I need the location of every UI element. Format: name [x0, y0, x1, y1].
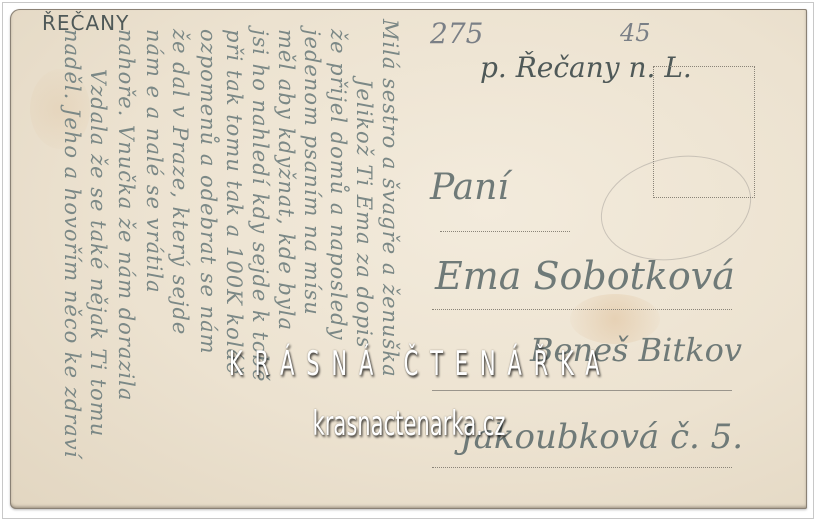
message-line: jsi ho nahledí kdy sejde k tobě: [248, 29, 272, 382]
message-line: nahoře. Vnučka že nám dorazila: [114, 29, 138, 401]
message-line: naděl. Jeho a hovořím něco ke zdraví: [60, 29, 84, 458]
message-line: Jelikož Ti Ema za dopis: [352, 79, 376, 349]
address-line: [432, 390, 732, 391]
message-line: že přijel domů a naposledy: [326, 29, 350, 340]
message-line: že dal v Praze, který sejde: [168, 29, 192, 335]
message-line: Milá sestro a švagře a ženuška: [378, 19, 402, 378]
address-line: [440, 231, 570, 232]
recipient-name: Ema Sobotková: [435, 254, 735, 298]
message-line: ozpomenů a odebrat se nám: [196, 29, 220, 355]
message-line: jedenom psaním na mísu: [300, 29, 324, 316]
address-line: [432, 467, 732, 468]
recipient-salutation: Paní: [430, 167, 509, 208]
message-line: měl aby kdyžnat, kde byla: [274, 29, 298, 331]
message-line: nám e a nalé se vrátila: [142, 29, 166, 294]
watermark-title: KRÁSNÁ ČTENÁŘKA: [155, 344, 673, 384]
watermark-url: krasnactenarka.cz: [155, 404, 662, 444]
pencil-number-45: 45: [620, 19, 651, 47]
message-line: Vzdala že se také nějak Ti tomu: [86, 69, 110, 437]
message-line: při tak tomu tak a 100K koláč: [222, 29, 246, 375]
address-line: [432, 309, 732, 310]
pencil-number-275: 275: [430, 17, 483, 50]
